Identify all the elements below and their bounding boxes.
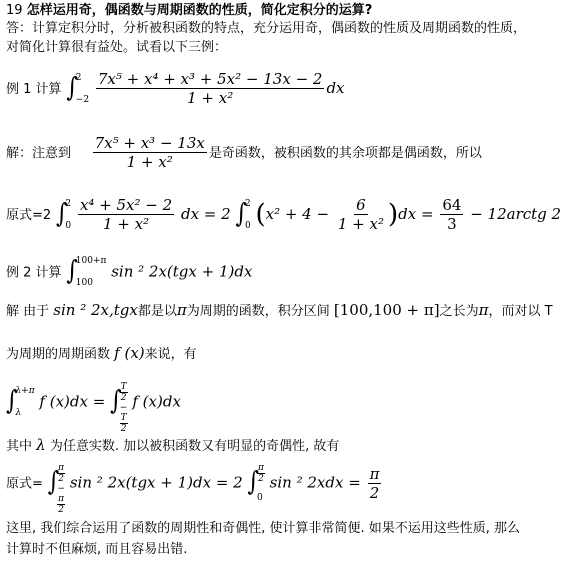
solution-2-line-1: 解 由于 sin ² 2x,tgx都是以π为周期的函数，积分区间 [100,10…: [6, 302, 553, 320]
question-title: 19 怎样运用奇，偶函数与周期函数的性质，简化定积分的运算?: [6, 2, 372, 19]
solution-2-line-2: 为周期的周期函数 f (x)来说，有: [6, 345, 197, 363]
example-1-label: 例 1 计算: [6, 82, 62, 97]
question-text: 怎样运用奇，偶函数与周期函数的性质，简化定积分的运算?: [27, 3, 373, 18]
question-number: 19: [6, 3, 23, 18]
result-1: 原式=2 ∫ 20 x⁴ + 5x² − 21 + x² dx = 2 ∫ 20…: [6, 196, 561, 233]
integral-sign: ∫ π2 0: [248, 463, 265, 503]
answer-line-1: 答：计算定积分时，分析被积函数的特点，充分运用奇，偶函数的性质及周期函数的性质，: [6, 20, 526, 37]
integral-sign: ∫ 20: [56, 199, 71, 231]
odd-part-fraction: 7x⁵ + x³ − 13x 1 + x²: [93, 134, 207, 171]
example-1: 例 1 计算 ∫ 2−2 7x⁵ + x⁴ + x³ + 5x² − 13x −…: [6, 70, 345, 107]
integral-sign: ∫ T2 −T2: [110, 382, 127, 422]
integral-sign: ∫ 2−2: [66, 73, 89, 105]
conclusion-line-1: 这里, 我们综合运用了函数的周期性和奇偶性, 使计算非常简便. 如果不运用这些性…: [6, 520, 520, 537]
integral-sign: ∫ π2 −π2: [48, 463, 65, 503]
integral-sign: ∫ λ+πλ: [6, 386, 35, 418]
periodic-identity: ∫ λ+πλ f (x)dx = ∫ T2 −T2 f (x)dx: [6, 382, 181, 422]
example-2: 例 2 计算 ∫ 100+π100 sin ² 2x(tgx + 1)dx: [6, 256, 252, 288]
solution-1: 解：注意到 7x⁵ + x³ − 13x 1 + x² 是奇函数，被积函数的其余…: [6, 134, 482, 171]
answer-line-2: 对简化计算很有益处。试看以下三例：: [6, 39, 227, 56]
integral-sign: ∫ 20: [235, 199, 250, 231]
integral-sign: ∫ 100+π100: [66, 256, 106, 288]
result-2: 原式= ∫ π2 −π2 sin ² 2x(tgx + 1)dx = 2 ∫ π…: [6, 463, 383, 503]
note-line: 其中 λ 为任意实数. 加以被积函数又有明显的奇偶性, 故有: [6, 437, 339, 455]
conclusion-line-2: 计算时不但麻烦, 而且容易出错.: [6, 541, 187, 558]
example-1-fraction: 7x⁵ + x⁴ + x³ + 5x² − 13x − 2 1 + x²: [96, 70, 325, 107]
